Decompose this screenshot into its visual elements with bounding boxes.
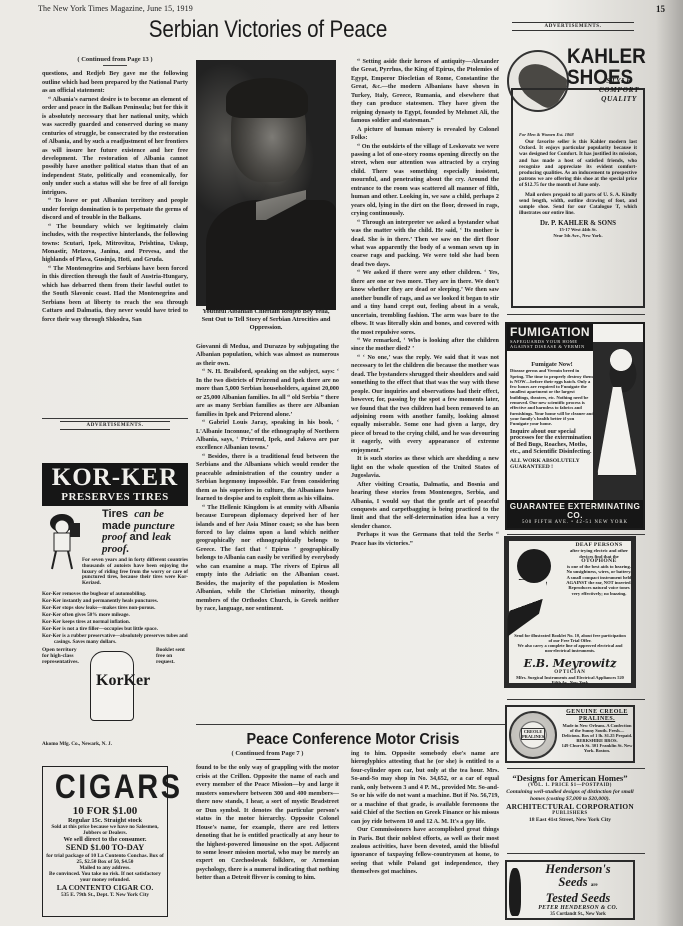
motor-column-2: ( Continued from Page 7 ) found to be th… <box>196 750 339 883</box>
kahler-body: Our favorite seller is this Kahler moder… <box>519 139 637 216</box>
advertisements-label: ADVERTISEMENTS. <box>60 421 170 430</box>
designs-description: Containing well-studied designs of disti… <box>505 789 635 802</box>
divider <box>507 534 645 535</box>
continued-from: ( Continued from Page 13 ) <box>42 56 188 64</box>
paragraph: “ Albania's earnest desire is to become … <box>42 96 188 197</box>
cigars-company: LA CONTENTO CIGAR CO. <box>46 884 164 893</box>
list-item: Kor-Ker stops slow leaks—makes tires non… <box>42 605 188 611</box>
otophone-footer: Mfrs. Surgical Instruments and Electrica… <box>513 675 627 685</box>
divider <box>507 853 645 854</box>
paragraph: found to be the only way of grappling wi… <box>196 764 339 882</box>
arm-graphic <box>507 579 547 637</box>
motor-headline: Peace Conference Motor Crisis <box>212 731 495 749</box>
fumigation-ad: FUMIGATION SAFEGUARDS YOUR HOME AGAINST … <box>505 322 645 530</box>
paragraph: “ N. H. Brailsford, speaking on the subj… <box>196 368 339 419</box>
cigars-sold: Sold at this price because we have no Sa… <box>46 824 164 836</box>
korker-bottom: Open territory for high-class representa… <box>42 647 188 757</box>
henderson-line: Seeds <box>558 875 587 889</box>
designs-title: “Designs for American Homes” <box>505 773 635 783</box>
korker-intro: For seven years and in forty different c… <box>82 558 188 587</box>
kahler-box: For Men & Women Est. 1868 Our favorite s… <box>511 88 645 308</box>
list-item: Kor-Ker is not a tire filler—occupies bu… <box>42 626 188 632</box>
otophone-ad: DEAF PERSONS after trying electric and o… <box>505 537 635 687</box>
kahler-brand: KAHLER <box>567 46 646 67</box>
pralines-title: PRALINES. <box>561 716 633 723</box>
paragraph: “ ‘ No one,’ was the reply. We said that… <box>351 354 499 455</box>
korker-brand: KOR-KER <box>42 465 188 491</box>
otophone-signature: E.B. Meyrowitz <box>513 657 627 670</box>
chieftain-photo <box>196 60 336 306</box>
paragraph: “ To leave or put Albanian territory and… <box>42 197 188 222</box>
paragraph: “ We remarked, ‘ Who is looking after th… <box>351 337 499 354</box>
photo-figure-hair <box>226 78 308 118</box>
list-item: Kor-Ker often gives 50% more mileage. <box>42 612 188 618</box>
korker-booklet-note: Booklet sent free on request. <box>156 647 186 666</box>
divider <box>507 768 645 769</box>
paragraph: “ Gabriel Louis Jaray, speaking in his b… <box>196 419 339 453</box>
fumigation-title: FUMIGATION <box>510 326 590 339</box>
fumigation-body: Fumigate Now! Disease germs and Vermin b… <box>510 362 594 470</box>
pralines-ad: CREOLE PRALINES GENUINE CREOLE PRALINES.… <box>505 705 635 763</box>
paragraph: “ Through an interpreter we asked a byst… <box>351 219 499 270</box>
cigars-trial: for trial package of 10 La Contento Conc… <box>46 853 164 865</box>
cigars-price: 10 FOR $1.00 <box>46 805 164 817</box>
henderson-seeds-ad: Henderson's Seeds are Tested Seeds PETER… <box>505 860 635 920</box>
korker-ad: KOR-KER PRESERVES TIRES Tires can be mad… <box>42 463 188 757</box>
photo-caption: Youthful Albanian Chieftain Redjeb Bey Y… <box>196 308 336 333</box>
korker-can-icon: KorKer <box>90 651 134 721</box>
paragraph: Mail orders prepaid to all parts of U. S… <box>519 192 637 217</box>
paragraph: After visiting Croatia, Dalmatia, and Bo… <box>351 481 499 532</box>
cigars-address: 535 E. 79th St., Dept. T. New York City <box>46 892 164 898</box>
paragraph: A picture of human misery is revealed by… <box>351 126 499 143</box>
list-item: Kor-Ker keeps tires at normal inflation. <box>42 619 188 625</box>
divider <box>103 65 127 66</box>
divider <box>196 724 506 725</box>
pralines-title: GENUINE CREOLE <box>561 709 633 716</box>
paragraph: “ Besides, there is a traditional feud b… <box>196 453 339 504</box>
henderson-company: PETER HENDERSON & CO. <box>523 905 633 912</box>
fumigation-company: GUARANTEE EXTERMINATING CO. <box>507 502 643 520</box>
cigars-stock: Regular 15c. Straight stock <box>46 817 164 824</box>
newspaper-page: The New York Times Magazine, June 15, 19… <box>0 0 683 926</box>
korker-banner: KOR-KER PRESERVES TIRES <box>42 463 188 506</box>
fumigation-guarantee: ALL WORK ABSOLUTELY GUARANTEED ! <box>510 458 594 470</box>
cigars-title: CIGARS <box>55 769 155 805</box>
otophone-bottom: Send for illustrated Booklet No. 10, abo… <box>513 633 627 685</box>
fumigation-address: 500 FIFTH AVE. • 42-51 NEW YORK <box>507 520 643 526</box>
continued-from: ( Continued from Page 7 ) <box>196 750 339 758</box>
korker-territory-note: Open territory for high-class representa… <box>42 647 78 666</box>
paragraph: Perhaps it was the Germans that told the… <box>351 531 499 548</box>
otophone-text: DEAF PERSONS after trying electric and o… <box>565 543 633 596</box>
otophone-body: is one of the best aids to hearing. No u… <box>565 564 633 596</box>
designs-ad: “Designs for American Homes” (VOL. 1. PR… <box>505 773 635 824</box>
paragraph: Our Commissioners have accomplished grea… <box>351 826 499 877</box>
can-label: KorKer <box>96 672 150 690</box>
fumigation-header: FUMIGATION SAFEGUARDS YOUR HOME AGAINST … <box>507 324 593 351</box>
article-headline: Serbian Victories of Peace <box>72 16 464 44</box>
kahler-for: For Men & Women Est. 1868 <box>519 132 637 137</box>
korker-tagline: Tires can be made puncture proof and lea… <box>102 509 188 555</box>
divider <box>507 699 645 700</box>
paragraph: “ On the outskirts of the village of Les… <box>351 143 499 219</box>
pralines-text: GENUINE CREOLE PRALINES. Made in New Orl… <box>561 709 633 754</box>
henderson-address: 35 Cortlandt St., New York <box>523 912 633 918</box>
slogan-word: COMFORT <box>585 85 653 94</box>
henderson-are: are <box>591 883 598 888</box>
kahler-company: Dr. P. KAHLER & SONS <box>519 219 637 227</box>
slogan-word: STYLE <box>585 76 653 85</box>
pralines-body: Made in New Orleans. A Confection of the… <box>561 723 633 738</box>
masthead: The New York Times Magazine, June 15, 19… <box>38 4 193 13</box>
tagline-word: can be <box>134 508 164 520</box>
kahler-shoes-ad: KAHLER SHOES For Men & Women Est. 1868 O… <box>507 46 672 308</box>
henderson-text: Henderson's Seeds are Tested Seeds PETER… <box>523 863 633 917</box>
paragraph: Giovanni di Medua, and Durazzo by subjug… <box>196 343 339 368</box>
slogan-word: QUALITY <box>585 94 653 103</box>
article-column-1: ( Continued from Page 13 ) questions, an… <box>42 56 188 324</box>
seed-packet-icon <box>509 868 521 916</box>
tagline-word: made <box>102 520 131 532</box>
tagline-word: proof. <box>102 543 129 555</box>
list-item: Kor-Ker instantly and permanently heals … <box>42 598 188 604</box>
pralines-address: 149 Church St. 301 Franklin St. New York… <box>561 743 633 753</box>
paragraph: It is such stories as these which are sh… <box>351 455 499 480</box>
fumigation-heading: Fumigate Now! <box>510 362 594 367</box>
otophone-booklet: Send for illustrated Booklet No. 10, abo… <box>513 633 627 643</box>
article-column-2: Giovanni di Medua, and Durazzo by subjug… <box>196 343 339 614</box>
designs-address: 18 East 41st Street, New York City <box>505 817 635 824</box>
paragraph: “ We asked if there were any other child… <box>351 269 499 337</box>
cigars-ad: CIGARS 10 FOR $1.00 Regular 15c. Straigh… <box>42 766 168 917</box>
pralines-seal-icon: CREOLE PRALINES <box>509 711 557 759</box>
advertisements-label: ADVERTISEMENTS. <box>512 22 634 31</box>
fumigation-inquire: Inquire about our special processes for … <box>510 429 594 456</box>
paragraph: “ The Hellenic Kingdom is at enmity with… <box>196 504 339 614</box>
tagline-word: proof <box>102 531 126 543</box>
tagline-word: puncture <box>134 520 175 532</box>
divider <box>42 418 188 419</box>
list-item: Kor-Ker removes the bugbear of automobil… <box>42 591 188 597</box>
tagline-word: leak <box>152 531 171 543</box>
device-graphic <box>517 549 551 583</box>
hand-holding-device-icon <box>507 545 555 635</box>
korker-maker: Akomo Mfg. Co., Newark, N. J. <box>42 741 112 747</box>
henderson-line: Tested Seeds <box>523 892 633 905</box>
page-number: 15 <box>656 4 665 14</box>
otophone-also: We also carry a complete line of approve… <box>513 643 627 653</box>
paragraph: Our favorite seller is this Kahler moder… <box>519 139 637 189</box>
paragraph: “ The boundary which we legitimately cla… <box>42 223 188 265</box>
kahler-address-2: Near 5th Ave., New York. <box>519 233 637 238</box>
fumigation-subtitle: SAFEGUARDS YOUR HOME AGAINST DISEASE & V… <box>510 339 590 349</box>
list-item: Kor-Ker is a rubber preservative—absolut… <box>42 633 188 645</box>
kahler-slogan: STYLE COMFORT QUALITY <box>585 76 653 103</box>
cigars-guarantee: Be convinced. You take no risk. If not s… <box>46 871 164 883</box>
tagline-word: and <box>130 531 150 543</box>
paragraph: “ The Montenegrins and Serbians have bee… <box>42 265 188 324</box>
paragraph: questions, and Redjeb Bey gave me the fo… <box>42 70 188 95</box>
paragraph: “ Setting aside their heroes of antiquit… <box>351 58 499 126</box>
paragraph: ing to him. Opposite somebody else's nam… <box>351 750 499 826</box>
article-column-3: “ Setting aside their heroes of antiquit… <box>351 58 499 548</box>
tagline-word: Tires <box>102 508 128 520</box>
korker-benefits-list: Kor-Ker removes the bugbear of automobil… <box>42 591 188 645</box>
fumigation-text: Disease germs and Vermin breed in Spring… <box>510 368 594 426</box>
mascot-icon <box>44 511 86 571</box>
korker-subtitle: PRESERVES TIRES <box>42 491 188 503</box>
fumigation-footer: GUARANTEE EXTERMINATING CO. 500 FIFTH AV… <box>507 500 643 528</box>
motor-column-3: ing to him. Opposite somebody else's nam… <box>351 750 499 877</box>
seal-label: CREOLE PRALINES <box>521 728 545 740</box>
divider <box>507 314 645 315</box>
designs-company: ARCHITECTURAL CORPORATION <box>505 802 635 811</box>
divider <box>256 759 280 760</box>
cigars-send: SEND $1.00 TO-DAY <box>46 843 164 853</box>
